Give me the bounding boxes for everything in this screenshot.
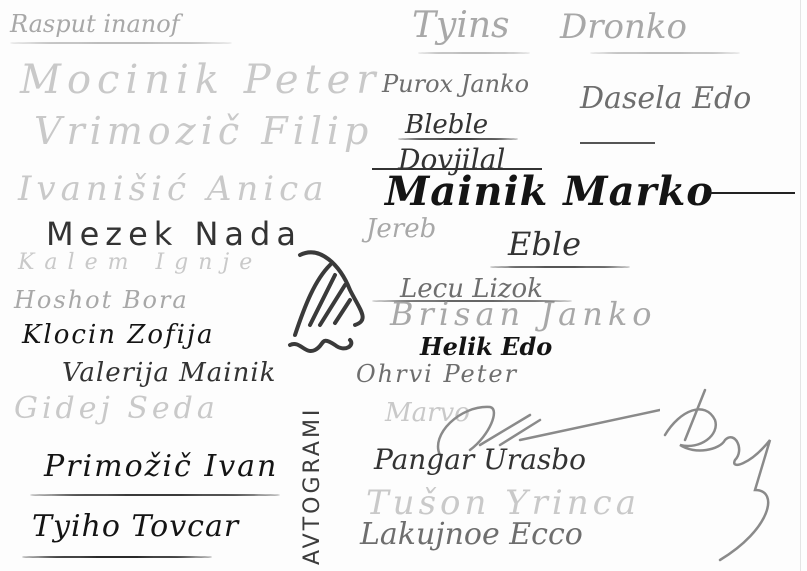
signature-lakujnoe-ecco: Lakujnoe Ecco bbox=[360, 520, 583, 550]
signature-ohrvi-peter: Ohrvi Peter bbox=[356, 362, 518, 386]
signature-gidej-seda: Gidej Seda bbox=[14, 394, 219, 424]
header-right-underline-1 bbox=[418, 52, 530, 54]
signature-hoshot-bora: Hoshot Bora bbox=[14, 288, 189, 312]
header-left-signature: Rasput inanof bbox=[10, 12, 180, 36]
monogram-scribble bbox=[280, 245, 380, 375]
signature-helik-edo: Helik Edo bbox=[420, 335, 552, 359]
signature-primozic-ivan: Primožič Ivan bbox=[44, 452, 278, 482]
signature-mezek-nada: Mezek Nada bbox=[46, 218, 302, 250]
header-left-underline bbox=[10, 42, 232, 44]
autograph-page: Rasput inanof Tyins Dronko Mocinik Peter… bbox=[0, 0, 807, 571]
signature-dasela-edo: Dasela Edo bbox=[580, 84, 751, 114]
signature-pangar-urasbo: Pangar Urasbo bbox=[374, 446, 586, 474]
bleble-dash bbox=[580, 142, 655, 144]
header-right-underline-2 bbox=[590, 52, 740, 54]
signature-large-scribble bbox=[660, 380, 800, 570]
header-right-signature-2: Dronko bbox=[560, 10, 687, 44]
signature-tuson-yrinca: Tušon Yrinca bbox=[366, 486, 640, 520]
signature-jereb: Jereb bbox=[366, 216, 436, 242]
signature-purox-janko: Purox Janko bbox=[382, 72, 529, 96]
signature-kalem-ignje: Kalem Ignje bbox=[18, 252, 262, 274]
signature-mainik-marko: Mainik Marko bbox=[385, 172, 714, 212]
signature-mocinik-peter: Mocinik Peter bbox=[20, 60, 381, 100]
signature-bleble-underline bbox=[398, 138, 518, 140]
signature-eble-underline bbox=[490, 266, 630, 268]
signature-brisan-janko: Brisan Janko bbox=[390, 298, 657, 330]
signature-klocin-zofija: Klocin Zofija bbox=[22, 322, 215, 348]
signature-eble: Eble bbox=[508, 228, 581, 260]
signature-primozic-underline bbox=[30, 494, 280, 496]
signature-tovcar-underline bbox=[22, 556, 212, 558]
header-right-signature-1: Tyins bbox=[412, 8, 510, 44]
marko-flourish bbox=[710, 192, 795, 194]
signature-tyiho-tovcar: Tyiho Tovcar bbox=[32, 512, 239, 542]
signature-ivanisic-anica: Ivanišić Anica bbox=[18, 172, 329, 206]
signature-bleble: Bleble bbox=[405, 112, 488, 138]
signature-valerija-mainik: Valerija Mainik bbox=[62, 360, 276, 386]
signature-vrimozic-filip: Vrimozič Filip bbox=[34, 112, 373, 150]
caption-avtogrami: AVTOGRAMI bbox=[300, 407, 325, 565]
